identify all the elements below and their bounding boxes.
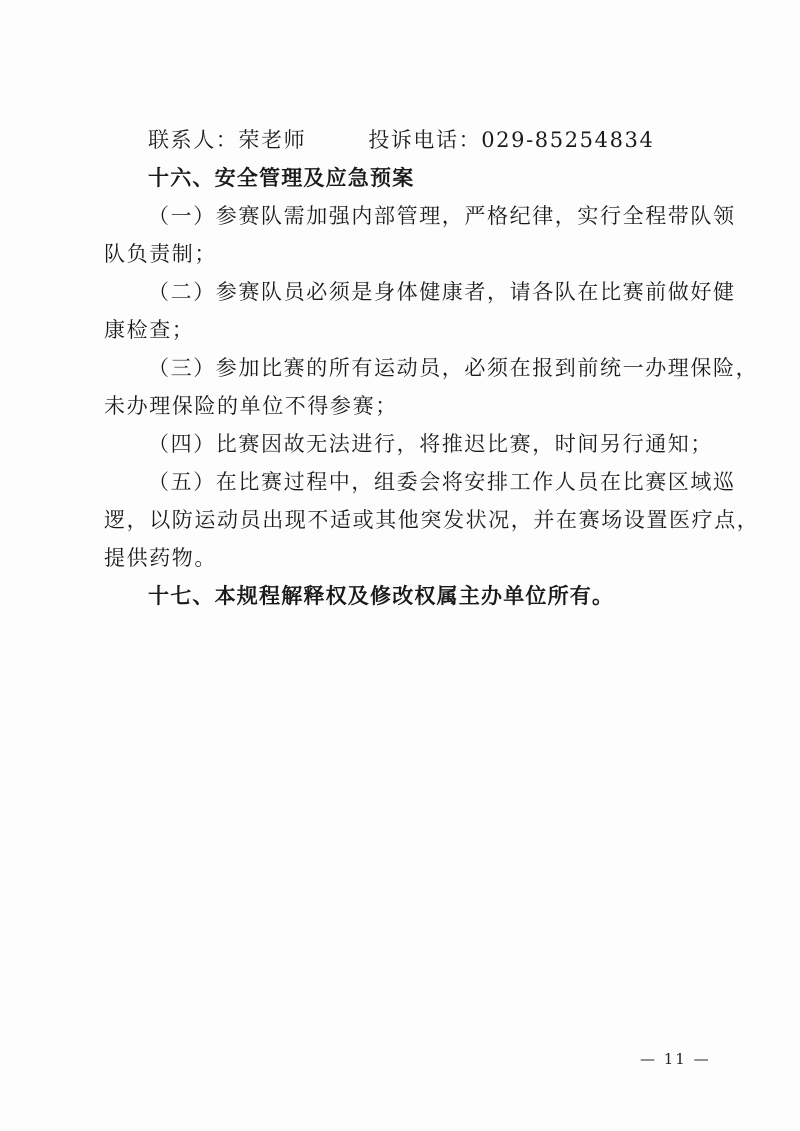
item-5-line-2: 逻，以防运动员出现不适或其他突发状况，并在赛场设置医疗点， bbox=[104, 502, 714, 538]
item-3-line-1: （三）参加比赛的所有运动员，必须在报到前统一办理保险， bbox=[148, 350, 758, 386]
section-16-heading: 十六、安全管理及应急预案 bbox=[148, 160, 758, 196]
item-5-line-1: （五）在比赛过程中，组委会将安排工作人员在比赛区域巡 bbox=[148, 464, 758, 500]
item-2-line-1: （二）参赛队员必须是身体健康者，请各队在比赛前做好健 bbox=[148, 274, 758, 310]
item-4-line-1: （四）比赛因故无法进行，将推迟比赛，时间另行通知； bbox=[148, 426, 758, 462]
page-number: — 11 — bbox=[640, 1050, 711, 1068]
complaint-phone: 投诉电话：029-85254834 bbox=[368, 122, 654, 158]
contact-person: 联系人：荣老师 bbox=[148, 128, 306, 152]
item-1-line-2: 队负责制； bbox=[104, 236, 714, 272]
item-2-line-2: 康检查； bbox=[104, 312, 714, 348]
item-3-line-2: 未办理保险的单位不得参赛； bbox=[104, 388, 714, 424]
section-17-heading: 十七、本规程解释权及修改权属主办单位所有。 bbox=[148, 578, 758, 614]
item-5-line-3: 提供药物。 bbox=[104, 540, 714, 576]
item-1-line-1: （一）参赛队需加强内部管理，严格纪律，实行全程带队领 bbox=[148, 198, 758, 234]
contact-line: 联系人：荣老师投诉电话：029-85254834 bbox=[148, 122, 758, 158]
document-page: 联系人：荣老师投诉电话：029-85254834 十六、安全管理及应急预案 （一… bbox=[0, 0, 800, 1131]
